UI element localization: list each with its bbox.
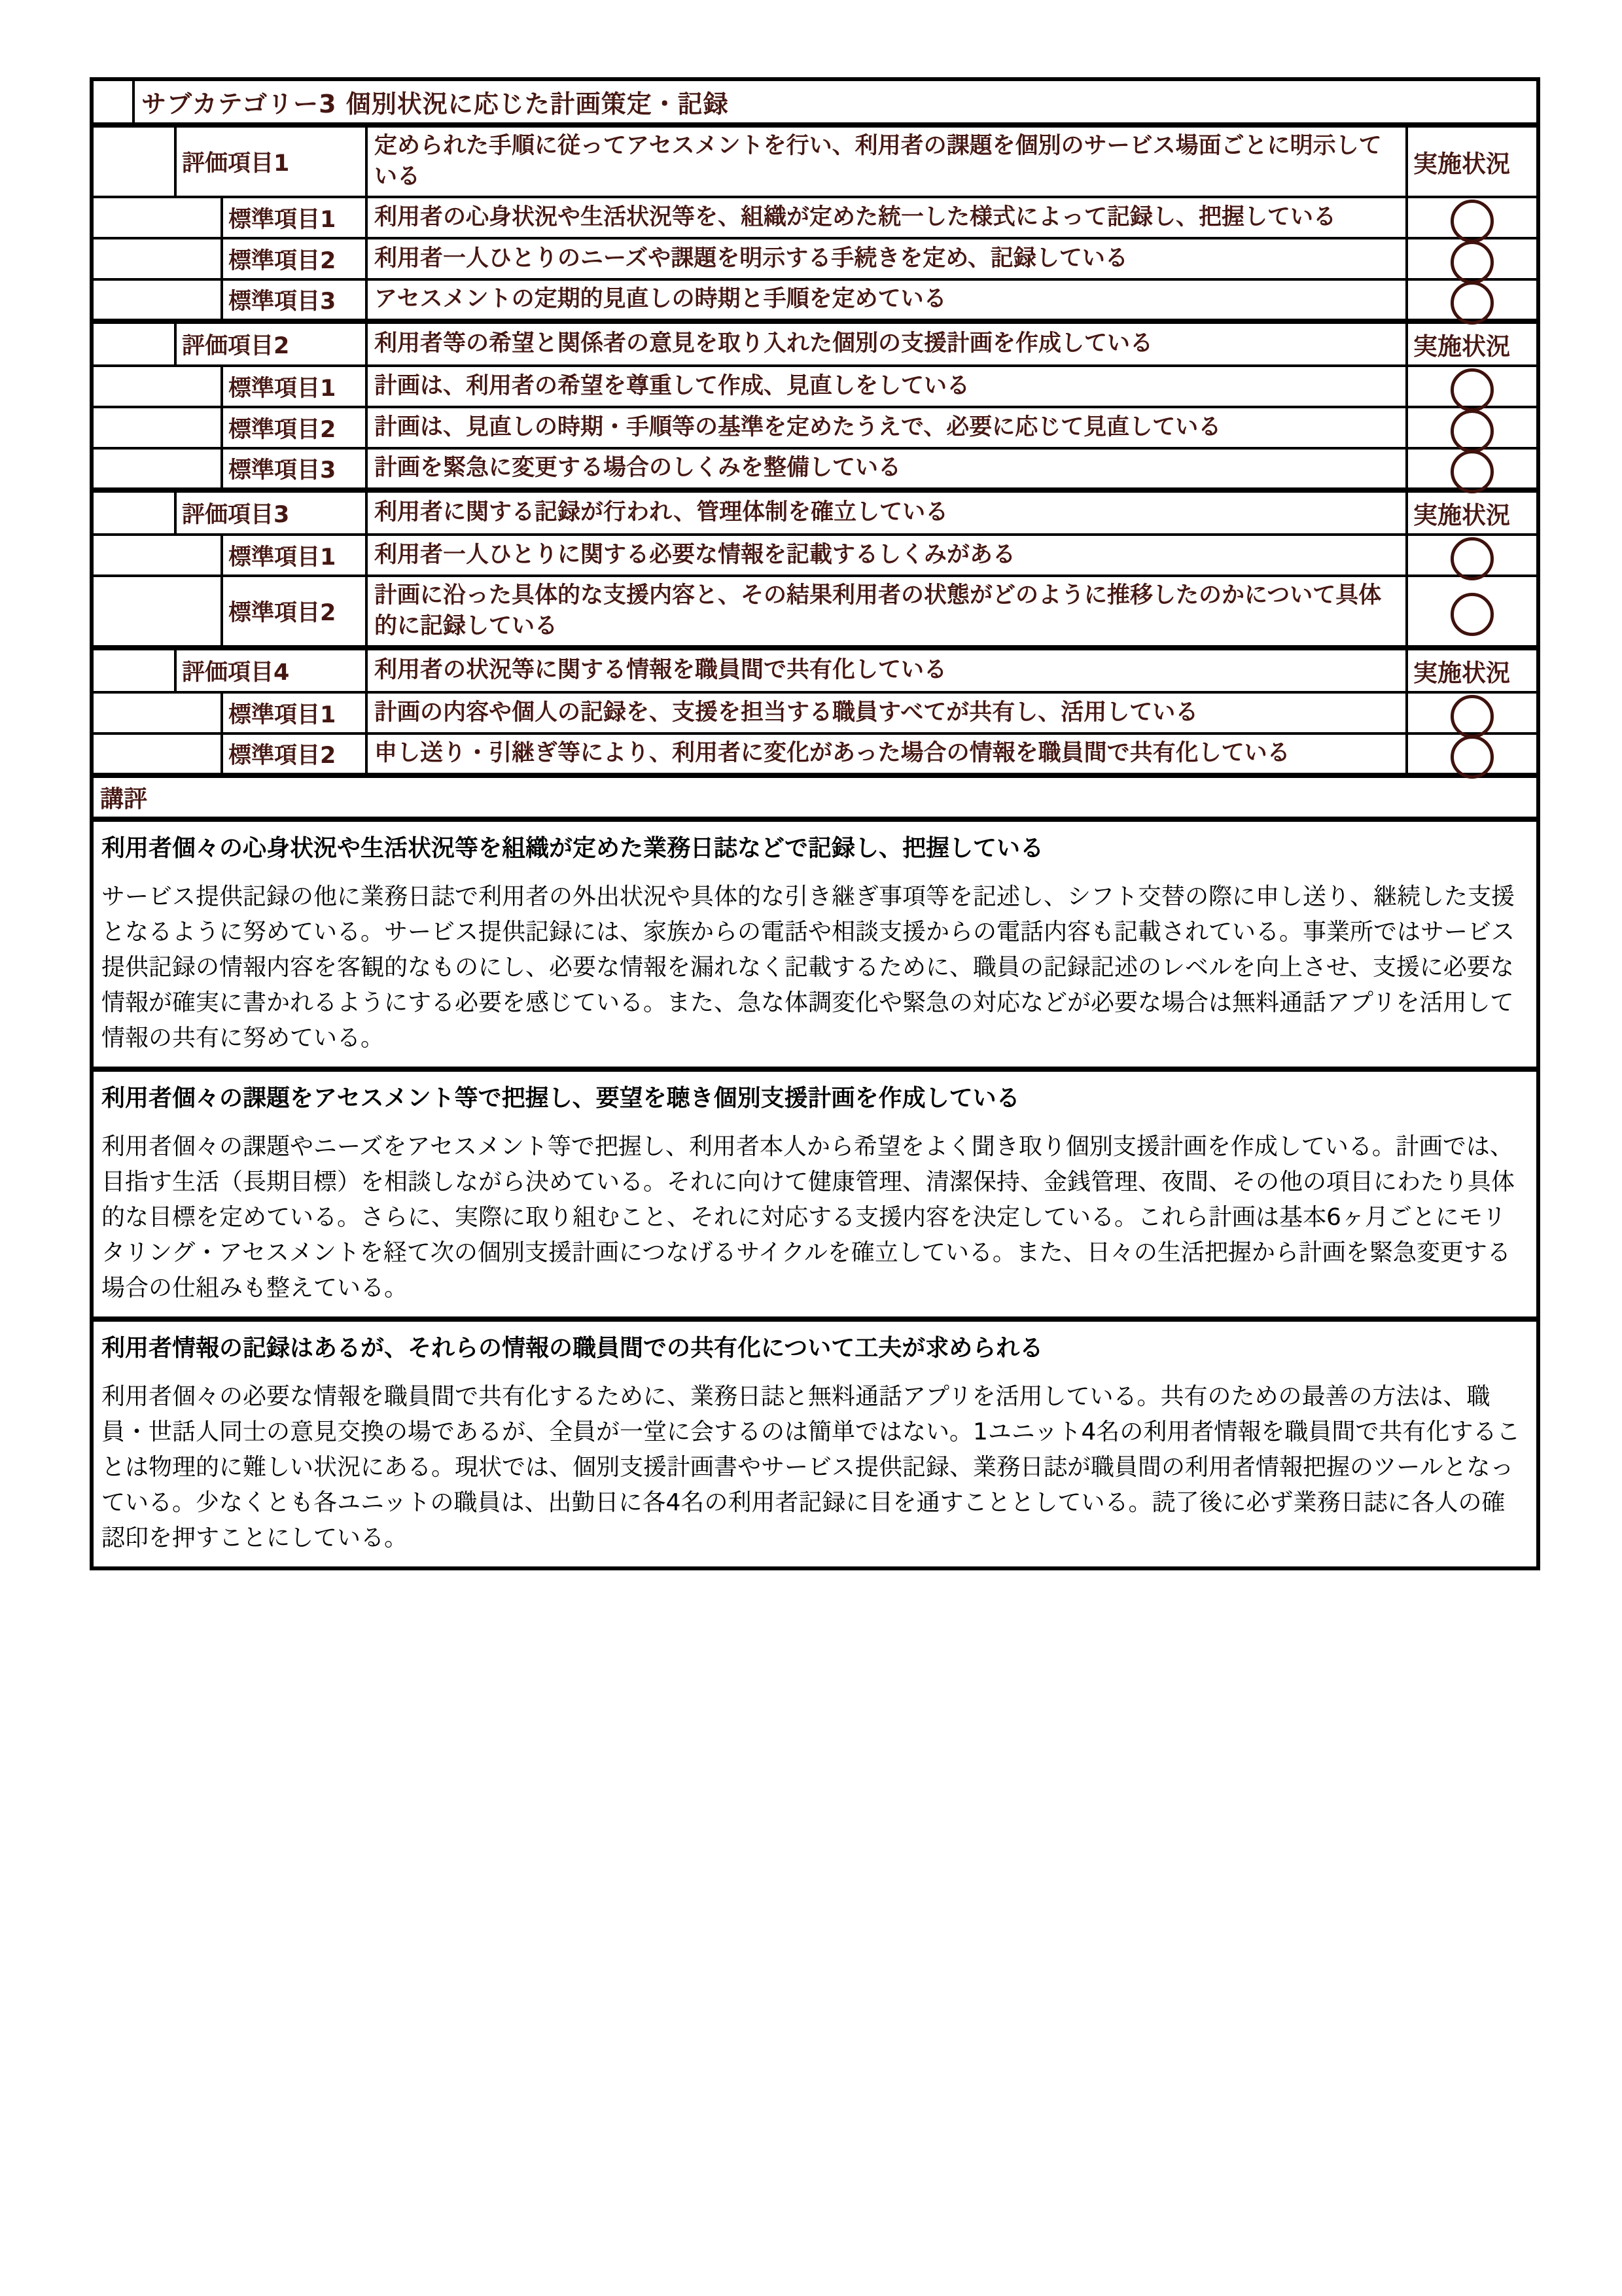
status-header: 実施状況: [1407, 648, 1538, 692]
commentary-label-row: 講評: [92, 775, 1538, 819]
standard-item-row: 標準項目3 計画を緊急に変更する場合のしくみを整備している: [92, 448, 1538, 490]
standard-item-label: 標準項目1: [222, 197, 366, 238]
spacer-cell: [92, 321, 175, 366]
status-circle-mark: [1451, 200, 1494, 243]
standard-item-text: 計画の内容や個人の記録を、支援を担当する職員すべてが共有し、活用している: [366, 692, 1407, 733]
spacer-cell: [92, 692, 222, 733]
status-cell: [1407, 692, 1538, 733]
eval-item-row: 評価項目2 利用者等の希望と関係者の意見を取り入れた個別の支援計画を作成している…: [92, 321, 1538, 366]
commentary-body: 利用者個々の必要な情報を職員間で共有化するために、業務日誌と無料通話アプリを活用…: [101, 1379, 1528, 1556]
status-circle-mark: [1451, 450, 1494, 493]
spacer-cell: [92, 648, 175, 692]
eval-item-row: 評価項目3 利用者に関する記録が行われ、管理体制を確立している 実施状況: [92, 490, 1538, 535]
standard-item-row: 標準項目2 利用者一人ひとりのニーズや課題を明示する手続きを定め、記録している: [92, 238, 1538, 279]
status-circle-mark: [1451, 537, 1494, 580]
standard-item-label: 標準項目1: [222, 535, 366, 576]
subcategory-title: サブカテゴリー3 個別状況に応じた計画策定・記録: [133, 79, 1538, 125]
commentary-block: 利用者情報の記録はあるが、それらの情報の職員間での共有化について工夫が求められる…: [92, 1319, 1538, 1568]
commentary-block: 利用者個々の心身状況や生活状況等を組織が定めた業務日誌などで記録し、把握している…: [92, 819, 1538, 1069]
status-cell: [1407, 366, 1538, 407]
spacer-cell: [92, 197, 222, 238]
status-circle-mark: [1451, 368, 1494, 412]
standard-item-row: 標準項目1 利用者の心身状況や生活状況等を、組織が定めた統一した様式によって記録…: [92, 197, 1538, 238]
eval-item-text: 利用者に関する記録が行われ、管理体制を確立している: [366, 490, 1407, 535]
status-cell: [1407, 448, 1538, 490]
commentary-body: サービス提供記録の他に業務日誌で利用者の外出状況や具体的な引き継ぎ事項等を記述し…: [101, 879, 1528, 1056]
standard-item-row: 標準項目1 計画の内容や個人の記録を、支援を担当する職員すべてが共有し、活用して…: [92, 692, 1538, 733]
status-circle-mark: [1451, 410, 1494, 453]
status-circle-mark: [1451, 281, 1494, 325]
status-cell: [1407, 238, 1538, 279]
standard-item-row: 標準項目1 計画は、利用者の希望を尊重して作成、見直しをしている: [92, 366, 1538, 407]
commentary-block-row: 利用者個々の課題をアセスメント等で把握し、要望を聴き個別支援計画を作成している …: [92, 1069, 1538, 1319]
eval-item-text: 利用者の状況等に関する情報を職員間で共有化している: [366, 648, 1407, 692]
spacer-cell: [92, 366, 222, 407]
commentary-label: 講評: [92, 775, 1538, 819]
standard-item-row: 標準項目1 利用者一人ひとりに関する必要な情報を記載するしくみがある: [92, 535, 1538, 576]
status-header: 実施状況: [1407, 125, 1538, 197]
commentary-heading: 利用者情報の記録はあるが、それらの情報の職員間での共有化について工夫が求められる: [101, 1331, 1528, 1366]
eval-item-label: 評価項目1: [175, 125, 366, 197]
status-circle-mark: [1451, 735, 1494, 779]
standard-item-label: 標準項目2: [222, 733, 366, 775]
commentary-block: 利用者個々の課題をアセスメント等で把握し、要望を聴き個別支援計画を作成している …: [92, 1069, 1538, 1319]
standard-item-text: 申し送り・引継ぎ等により、利用者に変化があった場合の情報を職員間で共有化している: [366, 733, 1407, 775]
eval-item-label: 評価項目3: [175, 490, 366, 535]
standard-item-text: 計画は、見直しの時期・手順等の基準を定めたうえで、必要に応じて見直している: [366, 407, 1407, 448]
standard-item-label: 標準項目3: [222, 279, 366, 321]
status-cell: [1407, 197, 1538, 238]
spacer-cell: [92, 733, 222, 775]
status-cell: [1407, 407, 1538, 448]
status-circle-mark: [1451, 695, 1494, 738]
spacer-cell: [92, 407, 222, 448]
eval-item-text: 利用者等の希望と関係者の意見を取り入れた個別の支援計画を作成している: [366, 321, 1407, 366]
standard-item-text: 計画は、利用者の希望を尊重して作成、見直しをしている: [366, 366, 1407, 407]
spacer-cell: [92, 490, 175, 535]
standard-item-row: 標準項目2 申し送り・引継ぎ等により、利用者に変化があった場合の情報を職員間で共…: [92, 733, 1538, 775]
status-cell: [1407, 576, 1538, 648]
status-circle-mark: [1451, 241, 1494, 284]
standard-item-text: 計画に沿った具体的な支援内容と、その結果利用者の状態がどのように推移したのかにつ…: [366, 576, 1407, 648]
standard-item-text: 利用者一人ひとりに関する必要な情報を記載するしくみがある: [366, 535, 1407, 576]
standard-item-label: 標準項目2: [222, 238, 366, 279]
status-cell: [1407, 733, 1538, 775]
spacer-cell: [92, 279, 222, 321]
standard-item-row: 標準項目3 アセスメントの定期的見直しの時期と手順を定めている: [92, 279, 1538, 321]
standard-item-text: 利用者の心身状況や生活状況等を、組織が定めた統一した様式によって記録し、把握して…: [366, 197, 1407, 238]
spacer-cell: [92, 125, 175, 197]
standard-item-text: 計画を緊急に変更する場合のしくみを整備している: [366, 448, 1407, 490]
spacer-cell: [92, 238, 222, 279]
commentary-body: 利用者個々の課題やニーズをアセスメント等で把握し、利用者本人から希望をよく聞き取…: [101, 1129, 1528, 1306]
spacer-cell: [92, 448, 222, 490]
eval-item-text: 定められた手順に従ってアセスメントを行い、利用者の課題を個別のサービス場面ごとに…: [366, 125, 1407, 197]
eval-item-label: 評価項目2: [175, 321, 366, 366]
standard-item-row: 標準項目2 計画は、見直しの時期・手順等の基準を定めたうえで、必要に応じて見直し…: [92, 407, 1538, 448]
status-cell: [1407, 535, 1538, 576]
commentary-heading: 利用者個々の心身状況や生活状況等を組織が定めた業務日誌などで記録し、把握している: [101, 831, 1528, 866]
standard-item-label: 標準項目2: [222, 576, 366, 648]
status-circle-mark: [1451, 593, 1494, 636]
standard-item-text: アセスメントの定期的見直しの時期と手順を定めている: [366, 279, 1407, 321]
evaluation-table: サブカテゴリー3 個別状況に応じた計画策定・記録 評価項目1 定められた手順に従…: [90, 77, 1540, 1570]
status-header: 実施状況: [1407, 490, 1538, 535]
standard-item-label: 標準項目2: [222, 407, 366, 448]
eval-item-label: 評価項目4: [175, 648, 366, 692]
status-header: 実施状況: [1407, 321, 1538, 366]
standard-item-row: 標準項目2 計画に沿った具体的な支援内容と、その結果利用者の状態がどのように推移…: [92, 576, 1538, 648]
commentary-block-row: 利用者個々の心身状況や生活状況等を組織が定めた業務日誌などで記録し、把握している…: [92, 819, 1538, 1069]
spacer-cell: [92, 79, 133, 125]
standard-item-text: 利用者一人ひとりのニーズや課題を明示する手続きを定め、記録している: [366, 238, 1407, 279]
subcategory-row: サブカテゴリー3 個別状況に応じた計画策定・記録: [92, 79, 1538, 125]
standard-item-label: 標準項目3: [222, 448, 366, 490]
document-page: サブカテゴリー3 個別状況に応じた計画策定・記録 評価項目1 定められた手順に従…: [0, 0, 1622, 2296]
eval-item-row: 評価項目4 利用者の状況等に関する情報を職員間で共有化している 実施状況: [92, 648, 1538, 692]
spacer-cell: [92, 535, 222, 576]
commentary-heading: 利用者個々の課題をアセスメント等で把握し、要望を聴き個別支援計画を作成している: [101, 1081, 1528, 1116]
standard-item-label: 標準項目1: [222, 366, 366, 407]
standard-item-label: 標準項目1: [222, 692, 366, 733]
status-cell: [1407, 279, 1538, 321]
eval-item-row: 評価項目1 定められた手順に従ってアセスメントを行い、利用者の課題を個別のサービ…: [92, 125, 1538, 197]
spacer-cell: [92, 576, 222, 648]
commentary-block-row: 利用者情報の記録はあるが、それらの情報の職員間での共有化について工夫が求められる…: [92, 1319, 1538, 1568]
